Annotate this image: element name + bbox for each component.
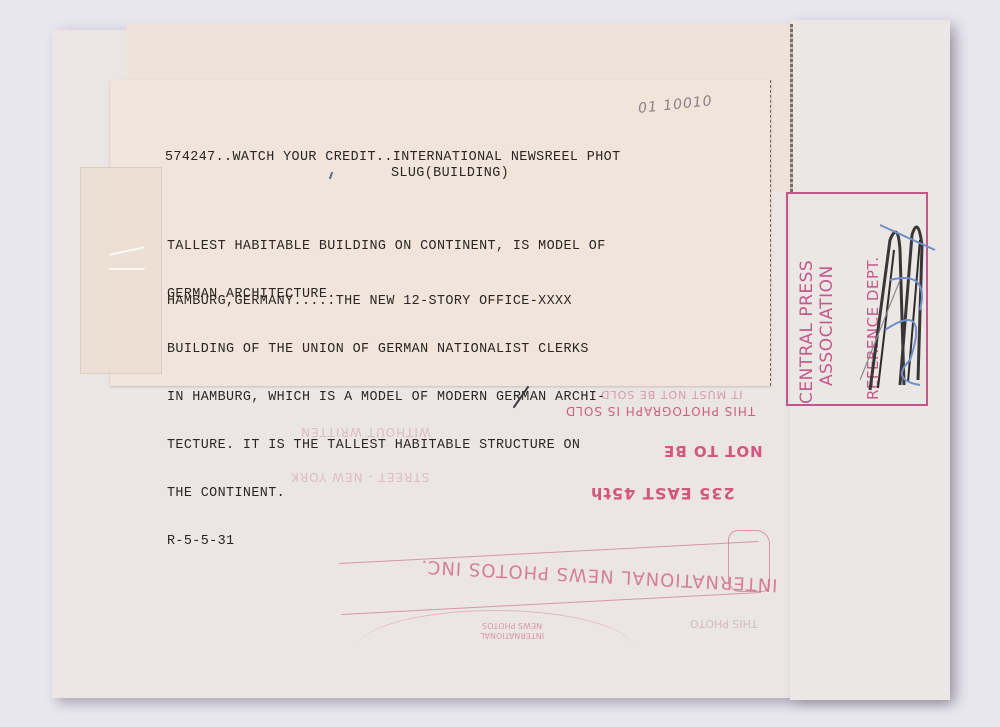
- adhesive-tape: [80, 167, 162, 374]
- body-line: THE CONTINENT.: [167, 486, 606, 502]
- stamp-text: ASSOCIATION: [817, 265, 837, 386]
- scroll-icon: [728, 530, 770, 592]
- body-line: BUILDING OF THE UNION OF GERMAN NATIONAL…: [167, 342, 606, 358]
- faded-stamp-text: WITHOUT WRITTEN: [300, 425, 431, 439]
- tape-gloss: [109, 246, 145, 255]
- stamp-text: THIS PHOTOGRAPH IS SOLD: [565, 404, 755, 418]
- eagle-text-line: NEWS PHOTOS: [480, 620, 544, 630]
- caption-headline: 574247..WATCH YOUR CREDIT..INTERNATIONAL…: [165, 150, 621, 166]
- signature-scribble-icon: [860, 210, 940, 400]
- eagle-stamp-text: INTERNATIONAL NEWS PHOTOS: [480, 620, 544, 640]
- faded-stamp-text: STREET - NEW YORK: [290, 470, 429, 484]
- stamp-text: CENTRAL PRESS: [797, 260, 817, 404]
- torn-edge: [790, 24, 793, 192]
- stamp-text: IT MUST NOT BE SOLD: [600, 388, 743, 401]
- body-line: HAMBURG,GERMANY.....THE NEW 12-STORY OFF…: [167, 294, 606, 310]
- tape-gloss: [109, 268, 145, 270]
- stamp-text: 235 EAST 45th: [590, 484, 735, 503]
- summary-line: TALLEST HABITABLE BUILDING ON CONTINENT,…: [167, 239, 606, 255]
- date-code: R-5-5-31: [167, 534, 606, 550]
- caption-body: HAMBURG,GERMANY.....THE NEW 12-STORY OFF…: [167, 262, 606, 566]
- stamp-text: NOT TO BE: [663, 442, 763, 460]
- body-line: TECTURE. IT IS THE TALLEST HABITABLE STR…: [167, 438, 606, 454]
- caption-slug: SLUG(BUILDING): [391, 166, 509, 182]
- eagle-text-line: INTERNATIONAL: [480, 630, 544, 640]
- faded-stamp-text: THIS PHOTO: [690, 617, 758, 630]
- body-line: IN HAMBURG, WHICH IS A MODEL OF MODERN G…: [167, 390, 606, 406]
